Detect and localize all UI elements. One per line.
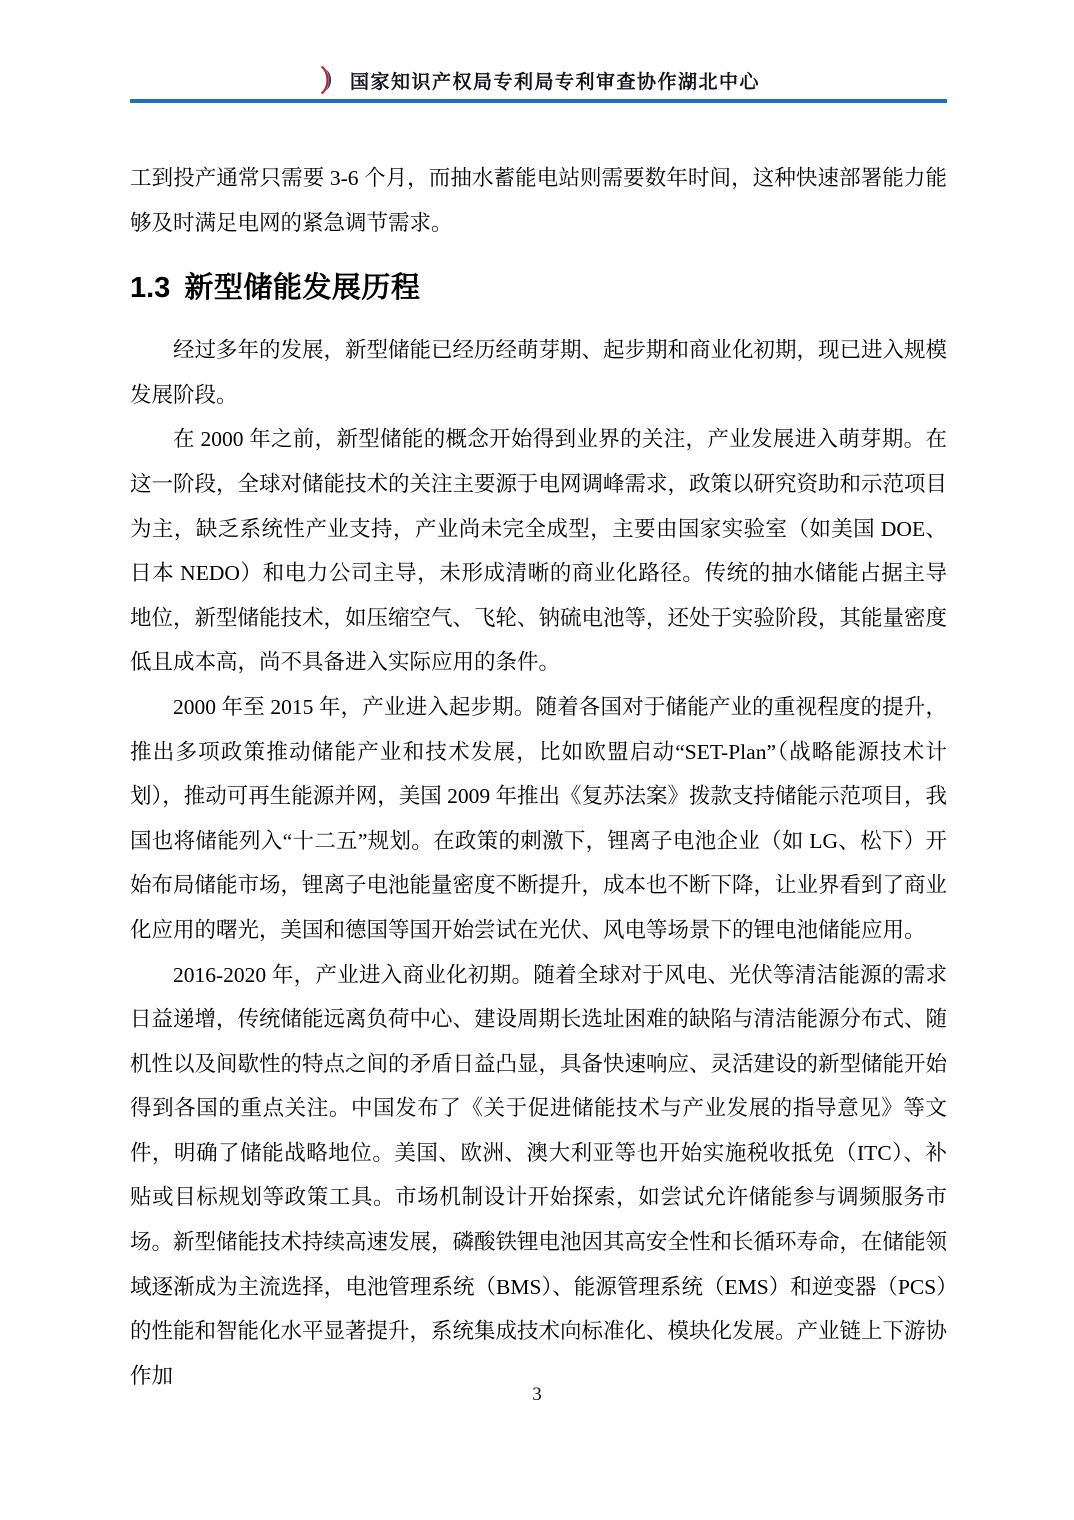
page-header: 国家知识产权局专利局专利审查协作湖北中心 [130, 62, 947, 98]
page-number: 3 [532, 1384, 542, 1405]
document-body: 工到投产通常只需要 3-6 个月，而抽水蓄能电站则需要数年时间，这种快速部署能力… [130, 156, 947, 1398]
header-rule [130, 99, 947, 103]
document-page: 国家知识产权局专利局专利审查协作湖北中心 工到投产通常只需要 3-6 个月，而抽… [0, 0, 1074, 1520]
paragraph: 在 2000 年之前，新型储能的概念开始得到业界的关注，产业发展进入萌芽期。在这… [130, 417, 947, 685]
paragraph-continuation: 工到投产通常只需要 3-6 个月，而抽水蓄能电站则需要数年时间，这种快速部署能力… [130, 156, 947, 245]
paragraph: 2016-2020 年，产业进入商业化初期。随着全球对于风电、光伏等清洁能源的需… [130, 953, 947, 1399]
section-heading-text: 新型储能发展历程 [184, 272, 420, 304]
section-heading-number: 1.3 [130, 272, 170, 304]
emblem-icon [317, 65, 338, 95]
page-footer: 3 [0, 1384, 1074, 1406]
section-heading: 1.3新型储能发展历程 [130, 268, 947, 308]
header-title: 国家知识产权局专利局专利审查协作湖北中心 [350, 67, 760, 94]
paragraph: 经过多年的发展，新型储能已经历经萌芽期、起步期和商业化初期，现已进入规模发展阶段… [130, 328, 947, 417]
paragraph: 2000 年至 2015 年，产业进入起步期。随着各国对于储能产业的重视程度的提… [130, 685, 947, 953]
